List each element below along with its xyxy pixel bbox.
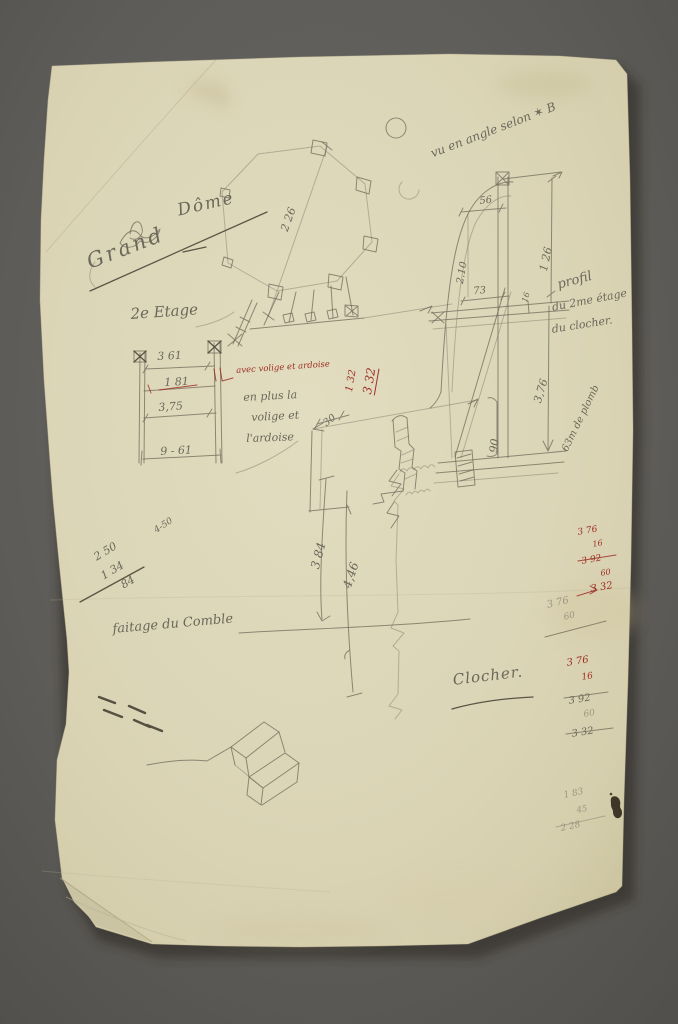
arch-bottom-dim: 73 [473, 286, 486, 297]
frame-middle-dim: 3,75 [158, 400, 183, 413]
pencil-note-line1: en plus la [243, 389, 297, 403]
bottom-calc-row2: 45 [576, 805, 588, 816]
sketch-artwork [0, 0, 678, 1024]
paper-sheet [40, 54, 633, 947]
post-height-dim: 90 [488, 438, 501, 453]
frame-top-dim: 3 61 [157, 350, 182, 362]
pencil-note-line2: volige et [251, 409, 299, 422]
pencil-note-line3: l'ardoise [246, 431, 294, 444]
mid-calc-sub2: 60 [583, 709, 596, 720]
photo-stage: Grand Dôme vu en angle selon ✶ B 2e Etag… [0, 0, 678, 1024]
mid-calc-row2: 16 [581, 672, 594, 683]
frame-struck-dim: 1 81 [164, 376, 189, 388]
frame-bottom-dim: 9 - 61 [160, 444, 192, 457]
arch-top-dim: 56 [479, 196, 493, 207]
